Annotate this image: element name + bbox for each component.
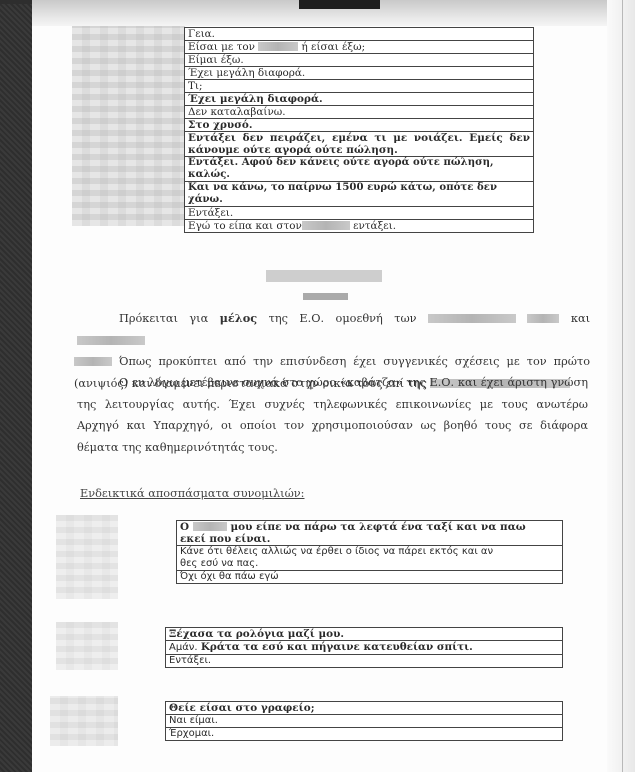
dialog-line: Εντάξει. Αφού δεν κάνεις ούτε αγορά ούτε…: [185, 157, 534, 182]
redacted-name: [74, 357, 112, 366]
dialog-line: Τι;: [185, 80, 534, 93]
dialog-line: Ναι είμαι.: [166, 715, 563, 728]
dialog-row: Εγώ το είπα και στον εντάξει.: [185, 220, 534, 233]
dialog-row: Εντάξει.: [166, 655, 563, 668]
binder-tab: [299, 0, 380, 9]
dialog-row: Αμάν. Κράτα τα εσύ και πήγαινε κατευθεία…: [166, 641, 563, 655]
dialog-row: Είσαι με τον ή είσαι έξω;: [185, 41, 534, 54]
dialog-row: Ναι είμαι.: [166, 715, 563, 728]
text: Εντάξει δεν πειράζει, εμένα τι με νοιάζε…: [188, 132, 530, 144]
redacted-heading: [266, 270, 382, 282]
dialog-row: Εντάξει δεν πειράζει, εμένα τι με νοιάζε…: [185, 132, 534, 157]
dialog-line: Εντάξει.: [185, 207, 534, 220]
dialog-line: Ο μου είπε να πάρω τα λεφτά ένα ταξί και…: [177, 521, 563, 546]
dialog-line: Εντάξει δεν πειράζει, εμένα τι με νοιάζε…: [185, 132, 534, 157]
dialog-line: Εγώ το είπα και στον εντάξει.: [185, 220, 534, 233]
dialog-line: Είσαι με τον ή είσαι έξω;: [185, 41, 534, 54]
dialog-line: Δεν καταλαβαίνω.: [185, 106, 534, 119]
dialog-line: Και να κάνω, το παίρνω 1500 ευρώ κάτω, ο…: [185, 182, 534, 207]
section-title: Ενδεικτικά αποσπάσματα συνομιλιών:: [80, 487, 304, 500]
redacted-speaker-column: [72, 26, 185, 226]
dialog-row: Κάνε ότι θέλεις αλλιώς να έρθει ο ίδιος …: [177, 546, 563, 571]
dialog-row: Έχει μεγάλη διαφορά.: [185, 93, 534, 106]
text: μου είπε να πάρω τα λεφτά ένα ταξί και ν…: [230, 521, 525, 533]
text: Ο: [180, 521, 189, 533]
text: θες εσύ να πας.: [180, 558, 559, 570]
dialog-row: Έχει μεγάλη διαφορά.: [185, 67, 534, 80]
text: εκεί που είναι.: [180, 533, 559, 545]
dialog-table-2: Ο μου είπε να πάρω τα λεφτά ένα ταξί και…: [176, 520, 563, 584]
dark-background-corner: [0, 0, 36, 4]
dialog-line: Όχι όχι θα πάω εγώ: [177, 571, 563, 584]
dialog-line: Γεια.: [185, 28, 534, 41]
redacted-name: [77, 336, 145, 345]
dialog-line: Στο χρυσό.: [185, 119, 534, 132]
bold-word: μέλος: [220, 311, 257, 325]
redacted-name: [302, 221, 350, 230]
dialog-row: Είμαι έξω.: [185, 54, 534, 67]
redacted-name: [527, 314, 559, 323]
text: κάνουμε ούτε αγορά ούτε πώληση.: [188, 144, 530, 156]
redacted-name: [258, 42, 298, 51]
text: Όπως προκύπτει από την επισύνδεση έχει σ…: [119, 355, 590, 368]
paragraph-2: Ο εν λόγω μετέβαινε συχνά στο χώρο «καβά…: [77, 372, 588, 458]
dialog-row: Και να κάνω, το παίρνω 1500 ευρώ κάτω, ο…: [185, 182, 534, 207]
page-right-margin: [607, 0, 635, 772]
text: και: [571, 312, 590, 325]
text: Αμάν.: [169, 642, 198, 653]
redacted-name: [193, 522, 227, 531]
redacted-speaker-column: [50, 696, 118, 746]
text: ή είσαι έξω;: [302, 41, 366, 53]
dialog-row: Έρχομαι.: [166, 728, 563, 741]
dialog-row: Όχι όχι θα πάω εγώ: [177, 571, 563, 584]
dialog-line: Έχει μεγάλη διαφορά.: [185, 93, 534, 106]
paragraph-text: Ο εν λόγω μετέβαινε συχνά στο χώρο «καβά…: [77, 372, 588, 458]
dialog-line: Κάνε ότι θέλεις αλλιώς να έρθει ο ίδιος …: [177, 546, 563, 571]
text: Εγώ το είπα και στον: [188, 220, 302, 232]
dark-background-edge: [0, 0, 32, 772]
text: εντάξει.: [353, 220, 396, 232]
dialog-line: Ξέχασα τα ρολόγια μαζί μου.: [166, 628, 563, 641]
dialog-row: Εντάξει. Αφού δεν κάνεις ούτε αγορά ούτε…: [185, 157, 534, 182]
dialog-table-3: Ξέχασα τα ρολόγια μαζί μου. Αμάν. Κράτα …: [165, 627, 563, 668]
dialog-row: Στο χρυσό.: [185, 119, 534, 132]
redacted-subheading: [303, 293, 348, 300]
dialog-line: Αμάν. Κράτα τα εσύ και πήγαινε κατευθεία…: [166, 641, 563, 655]
redacted-speaker-column: [56, 515, 118, 599]
dialog-row: Τι;: [185, 80, 534, 93]
dialog-line: Είμαι έξω.: [185, 54, 534, 67]
text: Είσαι με τον: [188, 41, 255, 53]
text: Πρόκειται για: [119, 312, 208, 325]
dialog-table-1: Γεια. Είσαι με τον ή είσαι έξω; Είμαι έξ…: [184, 27, 534, 233]
dialog-line: Εντάξει.: [166, 655, 563, 668]
page-edge-line: [622, 0, 623, 772]
dialog-line: Έχει μεγάλη διαφορά.: [185, 67, 534, 80]
dialog-row: Ξέχασα τα ρολόγια μαζί μου.: [166, 628, 563, 641]
dialog-table-4: Θείε είσαι στο γραφείο; Ναι είμαι. Έρχομ…: [165, 701, 563, 741]
dialog-row: Θείε είσαι στο γραφείο;: [166, 702, 563, 715]
dialog-line: Θείε είσαι στο γραφείο;: [166, 702, 563, 715]
text: της Ε.Ο. ομοεθνή των: [269, 312, 417, 325]
bold-text: Κράτα τα εσύ και πήγαινε κατευθείαν σπίτ…: [201, 641, 473, 653]
dialog-row: Γεια.: [185, 28, 534, 41]
text: Κάνε ότι θέλεις αλλιώς να έρθει ο ίδιος …: [180, 546, 559, 558]
dialog-row: Εντάξει.: [185, 207, 534, 220]
dialog-row: Ο μου είπε να πάρω τα λεφτά ένα ταξί και…: [177, 521, 563, 546]
redacted-speaker-column: [56, 622, 118, 670]
redacted-name: [428, 314, 516, 323]
dialog-line: Έρχομαι.: [166, 728, 563, 741]
dialog-row: Δεν καταλαβαίνω.: [185, 106, 534, 119]
